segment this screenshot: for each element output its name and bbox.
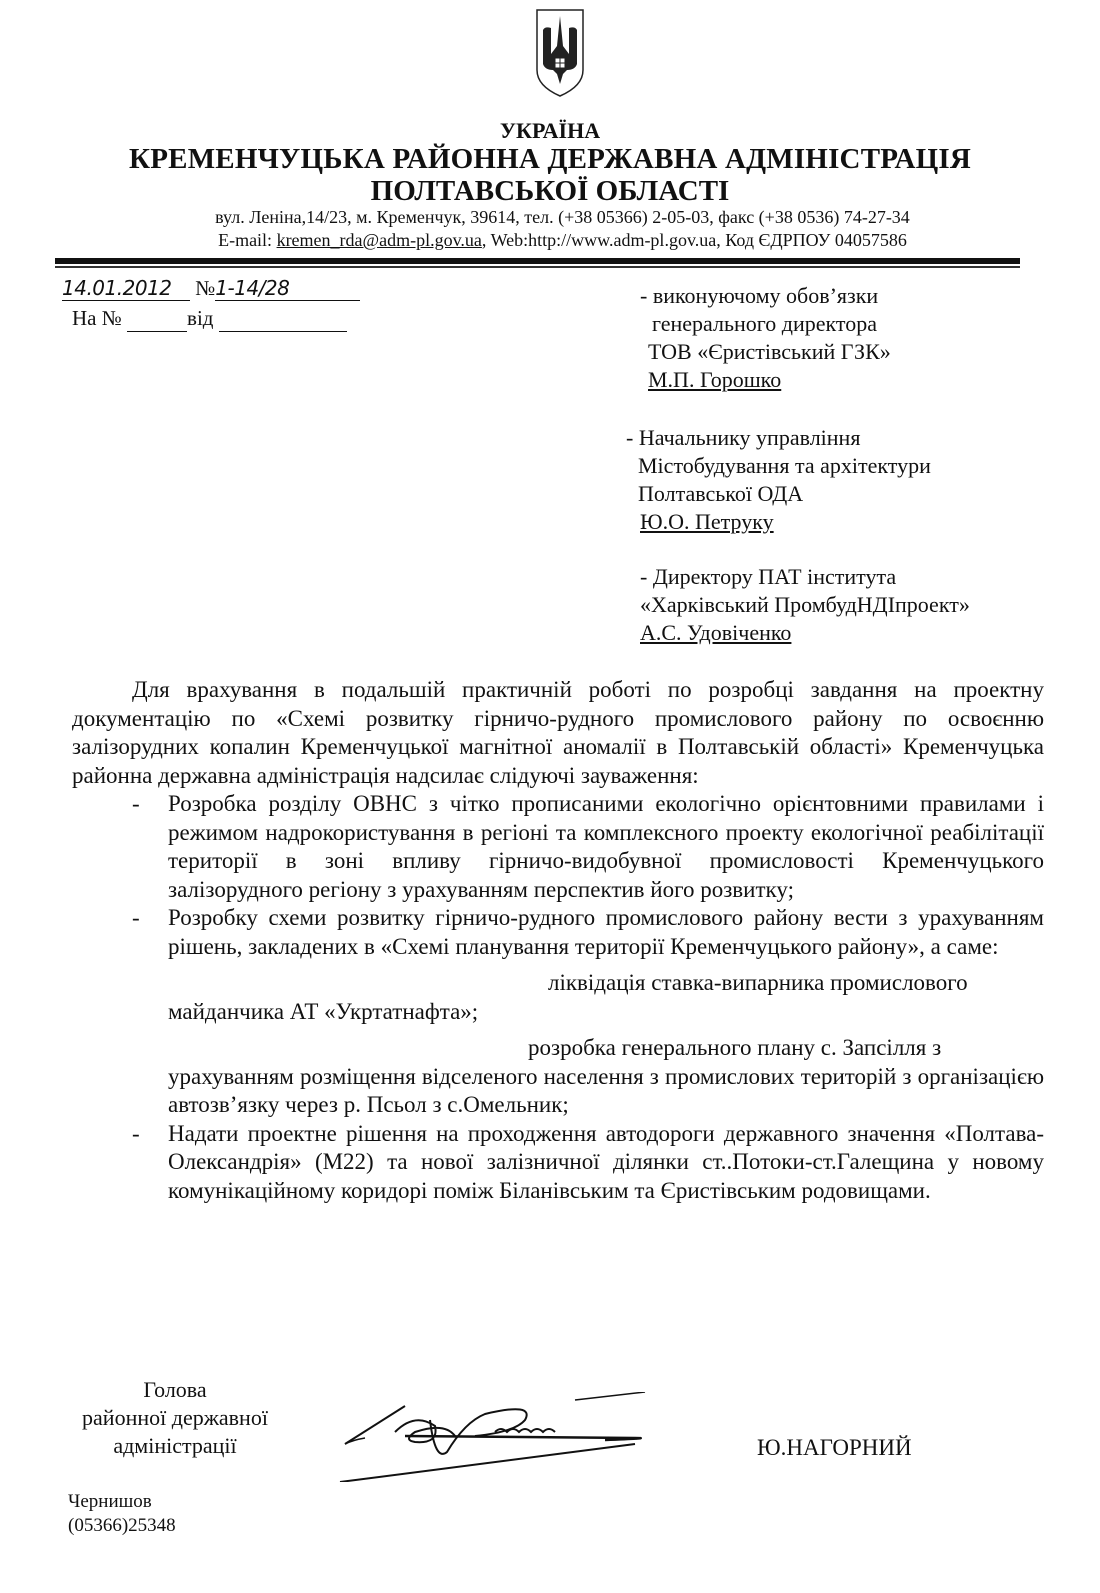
recipient-line: генерального директора: [640, 310, 891, 338]
country-title: УКРАЇНА: [0, 118, 1100, 144]
reply-label: На №: [72, 306, 122, 330]
handwritten-signature-icon: [335, 1392, 715, 1482]
reply-date-blank: [219, 306, 347, 332]
subitem-first-line: розробка генерального плану с. Запсілля …: [168, 1034, 1044, 1063]
region-title: ПОЛТАВСЬКОЇ ОБЛАСТІ: [0, 175, 1100, 208]
number-label: №: [195, 276, 215, 300]
remark-item-1: - Розробка розділу ОВНС з чітко прописан…: [72, 790, 1044, 904]
remark-item-3: - Надати проектне рішення на проходження…: [72, 1120, 1044, 1206]
executor-phone: (05366)25348: [68, 1514, 176, 1538]
recipient-name: М.П. Горошко: [648, 367, 781, 392]
organization-title: КРЕМЕНЧУЦЬКА РАЙОННА ДЕРЖАВНА АДМІНІСТРА…: [0, 143, 1100, 176]
incoming-reference: На № від: [72, 306, 347, 332]
address-line: вул. Леніна,14/23, м. Кременчук, 39614, …: [0, 207, 1100, 228]
intro-paragraph: Для врахування в подальшій практичній ро…: [72, 676, 1044, 790]
signatory-position: Голова районної державної адміністрації: [60, 1376, 290, 1460]
item-dash: -: [132, 1120, 140, 1149]
remark-text: Надати проектне рішення на проходження а…: [168, 1120, 1044, 1206]
recipient-name: Ю.О. Петруку: [640, 509, 774, 534]
header-rule-thick: [55, 258, 1020, 264]
subitem-2: розробка генерального плану с. Запсілля …: [72, 1034, 1044, 1120]
subitem-rest: майданчика АТ «Укртатнафта»;: [168, 998, 1044, 1027]
position-line: Голова: [60, 1376, 290, 1404]
web-and-code: , Web:http://www.adm-pl.gov.ua, Код ЄДРП…: [482, 230, 907, 250]
recipient-1: - виконуючому обов’язки генерального дир…: [640, 282, 891, 394]
remark-text: Розробка розділу ОВНС з чітко прописаним…: [168, 790, 1044, 904]
recipient-line: Полтавської ОДА: [626, 480, 931, 508]
letter-number: 1-14/28: [215, 276, 360, 301]
recipient-name: А.С. Удовіченко: [640, 620, 791, 645]
recipient-line: - виконуючому обов’язки: [640, 282, 891, 310]
recipient-2: - Начальнику управління Містобудування т…: [626, 424, 931, 536]
subitem-first-line: ліквідація ставка-випарника промислового: [168, 969, 1044, 998]
header-rule-thin: [55, 266, 1020, 268]
contact-line: E-mail: kremen_rda@adm-pl.gov.ua, Web:ht…: [0, 230, 1100, 251]
letter-body: Для врахування в подальшій практичній ро…: [72, 676, 1044, 1205]
executor-name: Чернишов: [68, 1490, 176, 1514]
letter-date: 14.01.2012: [62, 276, 190, 301]
signatory-name: Ю.НАГОРНИЙ: [757, 1435, 912, 1461]
outgoing-reference: 14.01.2012 №1-14/28: [62, 276, 360, 301]
position-line: районної державної: [60, 1404, 290, 1432]
item-dash: -: [132, 790, 140, 819]
recipient-line: - Начальнику управління: [626, 424, 931, 452]
recipient-line: - Директору ПАТ інститута: [640, 563, 970, 591]
reply-number-blank: [127, 306, 187, 332]
subitem-rest: урахуванням розміщення відселеного насел…: [168, 1063, 1044, 1120]
recipient-line: «Харківський ПромбудНДІпроект»: [640, 591, 970, 619]
remark-item-2: - Розробку схеми розвитку гірничо-рудног…: [72, 904, 1044, 961]
subitem-1: ліквідація ставка-випарника промислового…: [72, 969, 1044, 1026]
recipient-line: Містобудування та архітектури: [626, 452, 931, 480]
executor-info: Чернишов (05366)25348: [68, 1490, 176, 1538]
remark-text: Розробку схеми розвитку гірничо-рудного …: [168, 904, 1044, 961]
recipient-3: - Директору ПАТ інститута «Харківський П…: [640, 563, 970, 647]
item-dash: -: [132, 904, 140, 933]
email-label: E-mail:: [218, 230, 276, 250]
recipient-line: ТОВ «Єристівський ГЗК»: [640, 338, 891, 366]
position-line: адміністрації: [60, 1432, 290, 1460]
coat-of-arms-icon: [535, 8, 585, 98]
reply-from-label: від: [187, 306, 213, 330]
email-link[interactable]: kremen_rda@adm-pl.gov.ua: [277, 230, 482, 250]
